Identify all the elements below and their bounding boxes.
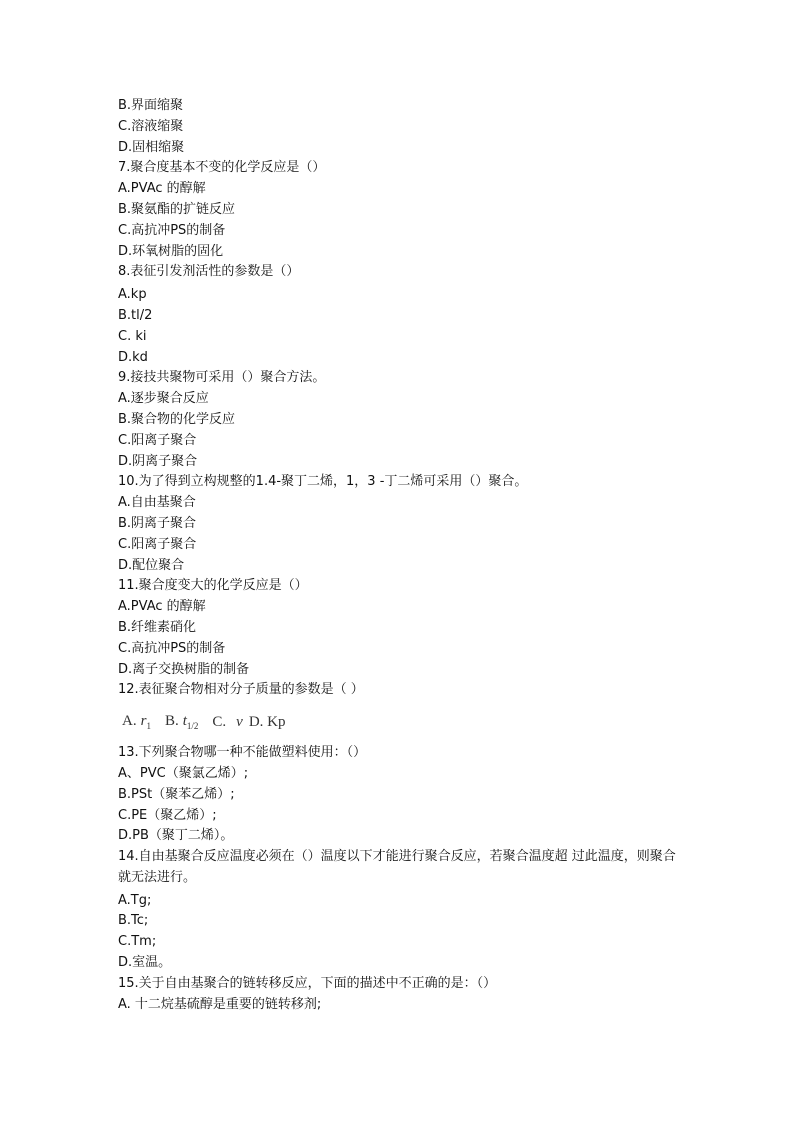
q12-option-a: A.r1 <box>122 713 151 731</box>
option-q7-d: D.环氧树脂的固化 <box>118 242 698 263</box>
q12-option-d: D. Kp <box>249 714 286 731</box>
option-q10-a: A.自由基聚合 <box>118 493 698 514</box>
option-q15-a: A. 十二烷基硫醇是重要的链转移剂; <box>118 995 698 1016</box>
option-q11-a: A.PVAc 的醇解 <box>118 597 698 618</box>
q12-option-c: C.ν <box>212 714 242 731</box>
option-q9-a: A.逐步聚合反应 <box>118 389 698 410</box>
option-q8-b: B.tl/2 <box>118 306 698 327</box>
option-q13-c: C.PE（聚乙烯）; <box>118 806 698 827</box>
option-q7-a: A.PVAc 的醇解 <box>118 179 698 200</box>
option-q10-c: C.阳离子聚合 <box>118 535 698 556</box>
option-q8-c: C. ki <box>118 327 698 348</box>
question-11: 11.聚合度变大的化学反应是（） <box>118 576 698 597</box>
question-7: 7.聚合度基本不变的化学反应是（） <box>118 158 698 179</box>
option-q11-d: D.离子交换树脂的制备 <box>118 660 698 681</box>
q12-option-a-label: A. <box>122 713 137 729</box>
option-q9-c: C.阳离子聚合 <box>118 431 698 452</box>
q12-option-b-label: B. <box>165 713 179 729</box>
option-q11-c: C.高抗冲PS的制备 <box>118 639 698 660</box>
option-q14-b: B.Tc; <box>118 911 698 932</box>
option-q14-c: C.Tm; <box>118 932 698 953</box>
option-q13-d: D.PB（聚丁二烯）。 <box>118 826 698 847</box>
option-q6-d: D.固相缩聚 <box>118 138 698 159</box>
question-9: 9.接技共聚物可采用（）聚合方法。 <box>118 368 698 389</box>
question-10: 10.为了得到立构规整的1.4-聚丁二烯，1，3 -丁二烯可采用（）聚合。 <box>118 472 698 493</box>
q12-option-c-label: C. <box>212 714 226 730</box>
q12-options-image: A.r1 B.t1/2 C.ν D. Kp <box>122 705 698 739</box>
option-q10-b: B.阴离子聚合 <box>118 514 698 535</box>
option-q14-d: D.室温。 <box>118 953 698 974</box>
question-13: 13.下列聚合物哪一种不能做塑料使用：（） <box>118 743 698 764</box>
option-q9-b: B.聚合物的化学反应 <box>118 410 698 431</box>
q12-option-c-symbol: ν <box>236 714 243 730</box>
question-8: 8.表征引发剂活性的参数是（） <box>118 262 698 283</box>
question-12: 12.表征聚合物相对分子质量的参数是（ ） <box>118 680 698 701</box>
option-q8-d: D.kd <box>118 348 698 369</box>
option-q9-d: D.阴离子聚合 <box>118 452 698 473</box>
q12-option-b: B.t1/2 <box>165 713 198 731</box>
option-q7-c: C.高抗冲PS的制备 <box>118 221 698 242</box>
question-15: 15.关于自由基聚合的链转移反应，下面的描述中不正确的是：（） <box>118 974 698 995</box>
question-14: 14.自由基聚合反应温度必须在（）温度以下才能进行聚合反应，若聚合温度超 过此温… <box>118 847 678 889</box>
document-page: B.界面缩聚 C.溶液缩聚 D.固相缩聚 7.聚合度基本不变的化学反应是（） A… <box>118 96 698 1015</box>
option-q13-b: B.PSt（聚苯乙烯）; <box>118 785 698 806</box>
option-q7-b: B.聚氨酯的扩链反应 <box>118 200 698 221</box>
q12-option-a-sub: 1 <box>146 721 151 731</box>
option-q8-a: A.kp <box>118 285 698 306</box>
q12-option-b-sub: 1/2 <box>187 721 199 731</box>
option-q11-b: B.纤维素硝化 <box>118 618 698 639</box>
option-q6-c: C.溶液缩聚 <box>118 117 698 138</box>
option-q14-a: A.Tg; <box>118 891 698 912</box>
option-q10-d: D.配位聚合 <box>118 556 698 577</box>
option-q13-a: A、PVC（聚氯乙烯）; <box>118 764 698 785</box>
option-q6-b: B.界面缩聚 <box>118 96 698 117</box>
